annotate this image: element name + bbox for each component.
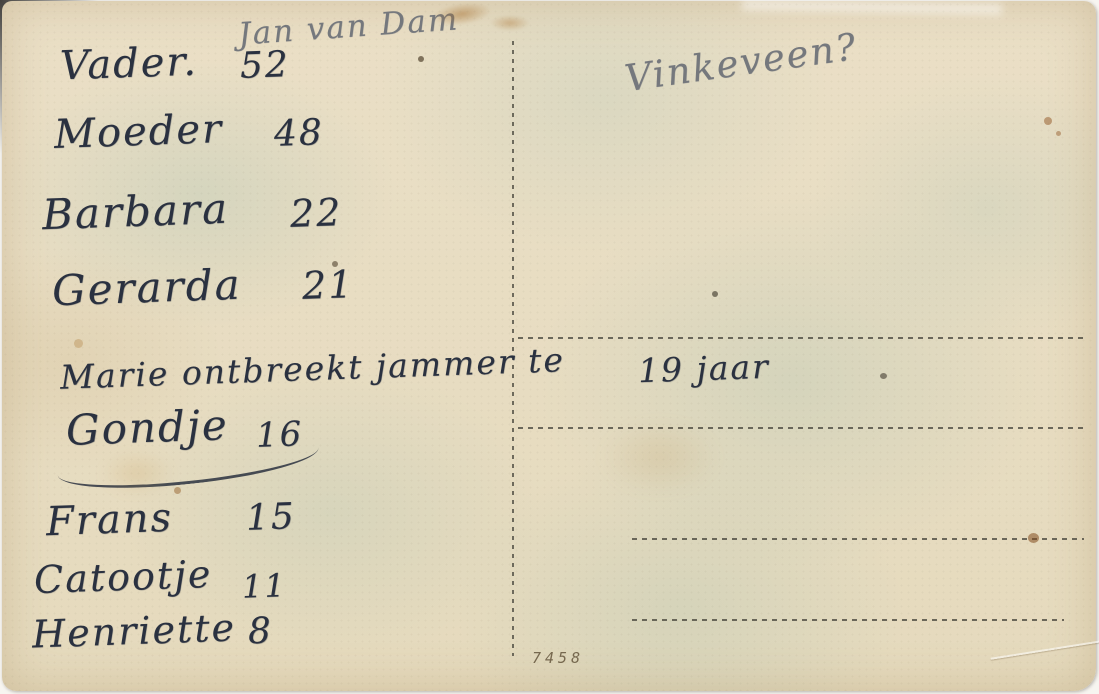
- handwritten-name: Frans: [45, 495, 174, 545]
- handwritten-name: Marie ontbreekt jammer te: [59, 340, 565, 397]
- handwritten-age: 19 jaar: [637, 347, 770, 391]
- handwritten-age: 22: [289, 190, 343, 236]
- handwritten-name: Henriette: [31, 605, 236, 656]
- handwritten-name: Gerarda: [51, 260, 242, 316]
- paper-stain: [1056, 131, 1061, 136]
- handwritten-name: Barbara: [41, 184, 230, 239]
- address-dotted-line: [518, 427, 1086, 429]
- handwritten-age: 15: [245, 496, 296, 539]
- paper-stain: [418, 56, 424, 62]
- pencil-place-annotation: Vinkeveen?: [622, 25, 860, 100]
- paper-crease: [991, 640, 1099, 659]
- scanner-bed: 7458 Jan van Dam Vinkeveen? Vader. 52 Mo…: [0, 0, 1099, 694]
- handwritten-age: 11: [241, 566, 287, 606]
- paper-stain: [712, 291, 718, 297]
- paper-stain: [332, 261, 338, 267]
- paper-stain: [600, 419, 720, 495]
- postcard-back: 7458 Jan van Dam Vinkeveen? Vader. 52 Mo…: [2, 1, 1096, 691]
- paper-stain: [490, 15, 530, 31]
- address-dotted-line: [632, 619, 1064, 621]
- address-dotted-line: [632, 538, 1084, 540]
- paper-stain: [1028, 533, 1039, 543]
- paper-stain: [880, 373, 887, 379]
- handwritten-age: 21: [301, 262, 355, 308]
- paper-stain: [1044, 117, 1052, 125]
- printed-card-number: 7458: [532, 649, 584, 667]
- paper-stain: [100, 449, 174, 497]
- paper-stain: [74, 339, 83, 348]
- handwritten-age: 48: [273, 112, 324, 155]
- handwritten-name: Catootje: [33, 552, 213, 602]
- address-dotted-line: [518, 337, 1086, 339]
- handwritten-age: 8: [247, 611, 273, 653]
- paper-stain: [174, 487, 181, 494]
- handwritten-name: Moeder: [53, 106, 224, 158]
- handwritten-name: Vader.: [59, 39, 198, 90]
- paper-wrinkle: [742, 0, 1002, 15]
- handwritten-age: 52: [239, 44, 290, 87]
